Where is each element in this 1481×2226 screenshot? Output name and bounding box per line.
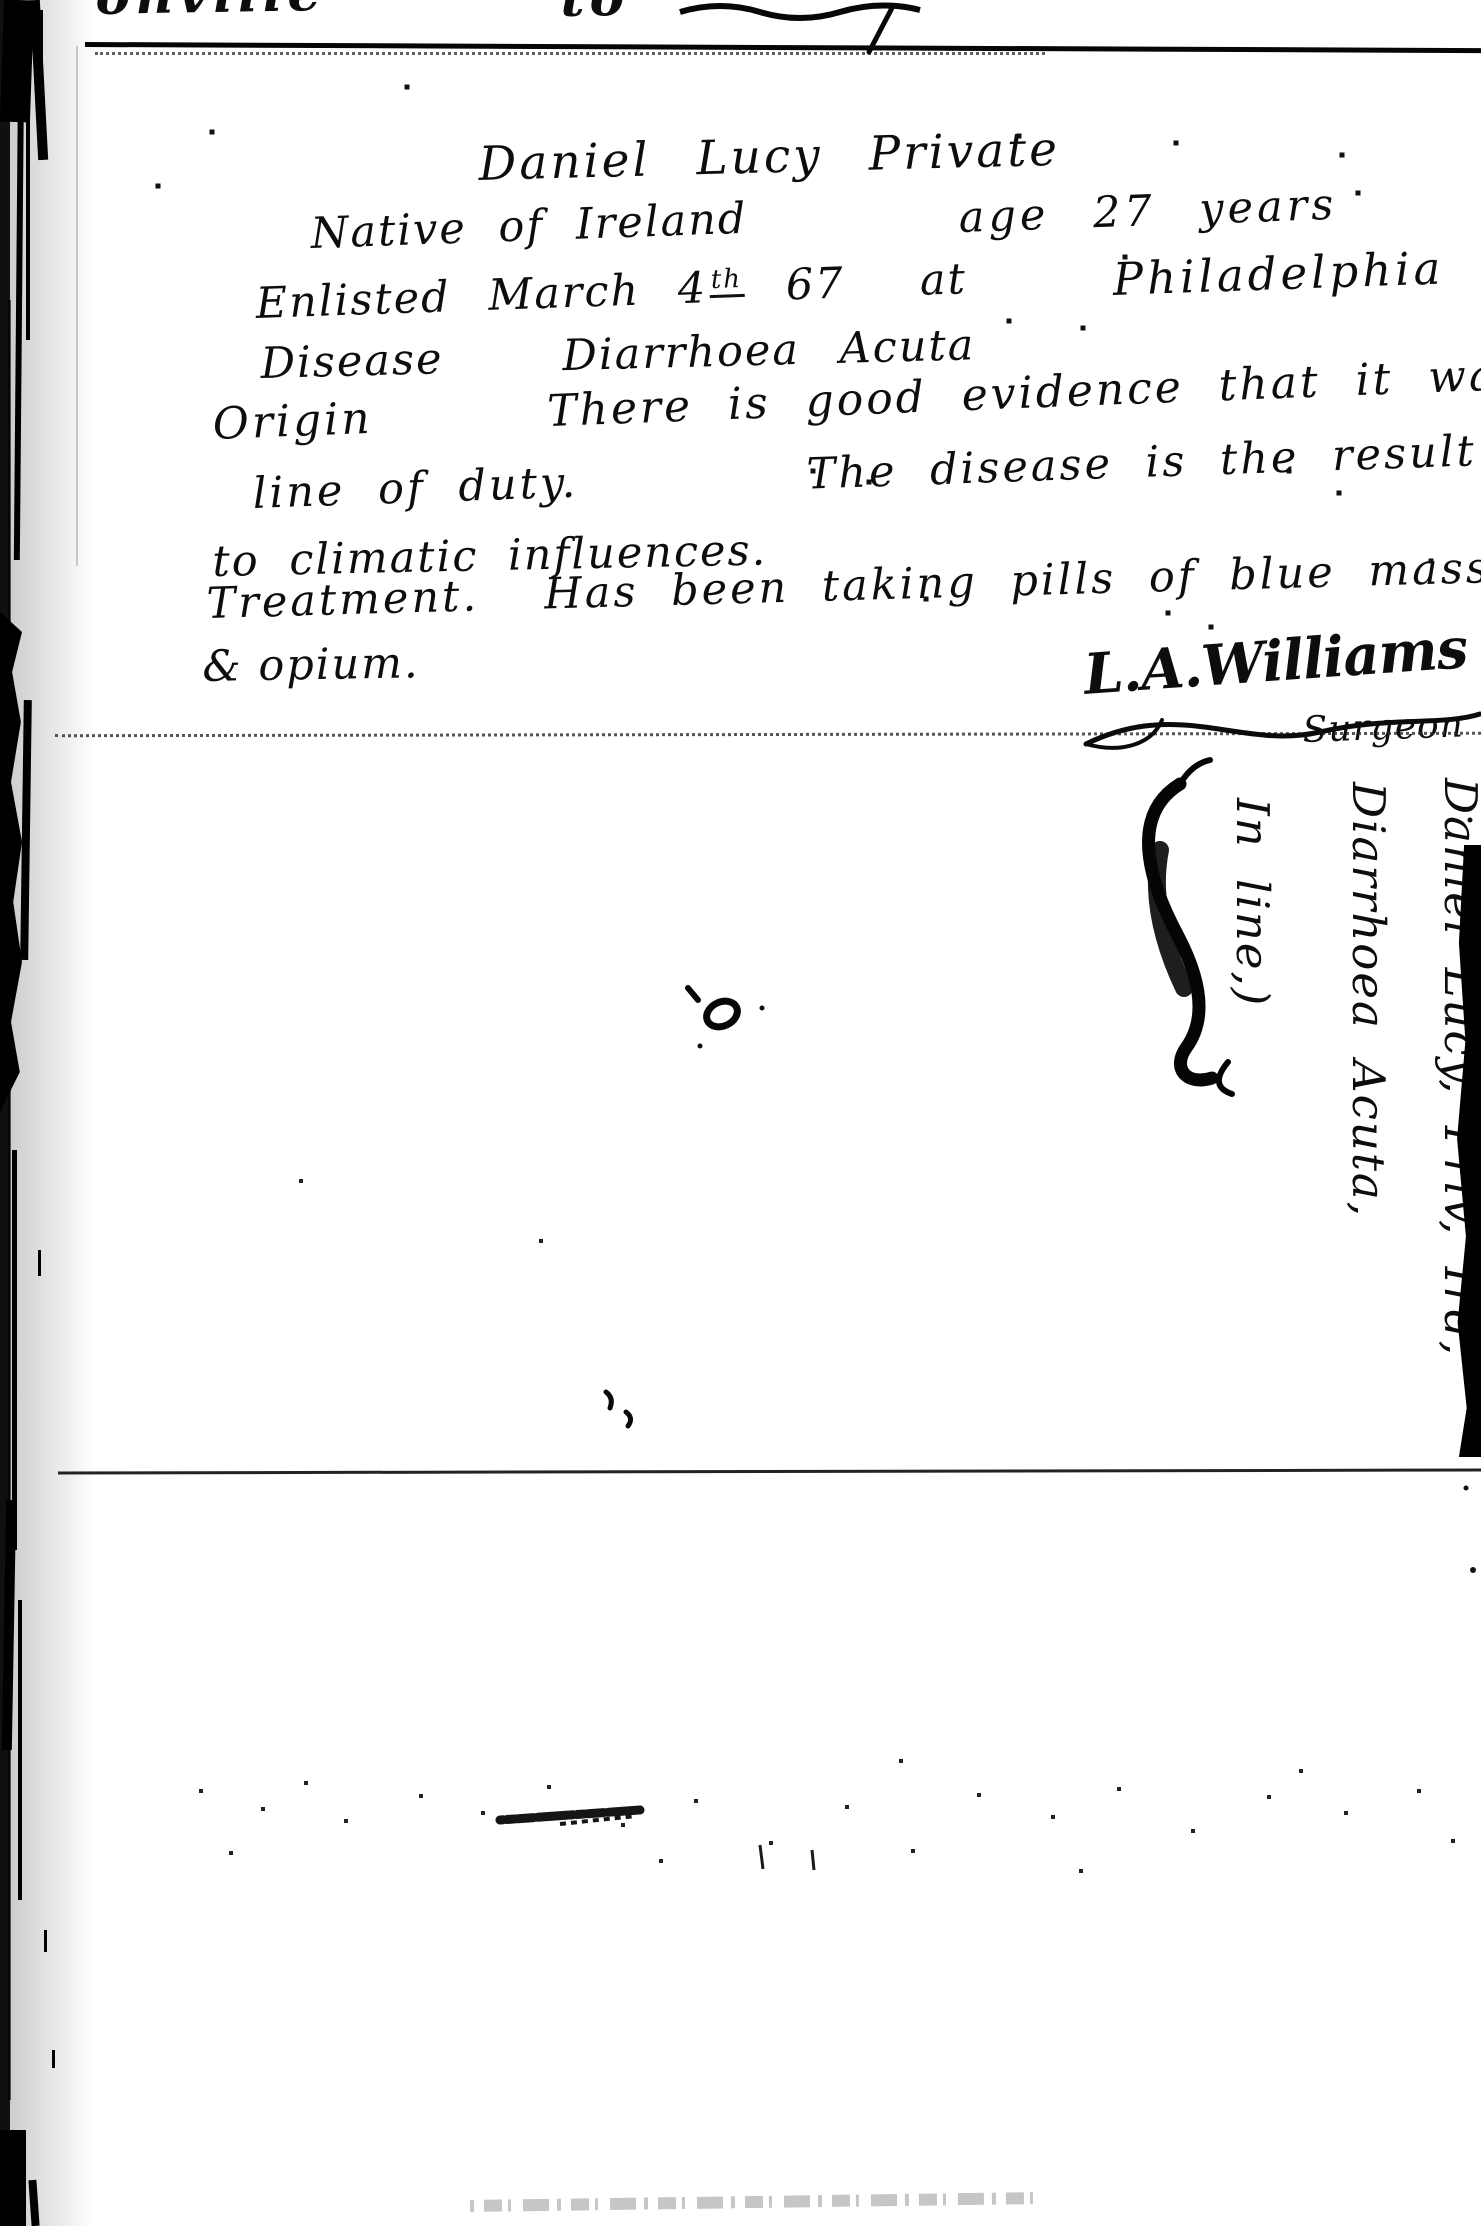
patient-name-line: Daniel Lucy Private <box>478 125 1061 190</box>
opium-line: & opium. <box>202 641 420 690</box>
enlistment-pre: Enlisted March 4 <box>255 263 708 329</box>
top-cutoff-fragment-1: onville <box>95 0 326 25</box>
scanned-record-page: onville to Daniel Lucy Private Native of… <box>0 0 1481 2226</box>
docket-bracket-swash <box>1149 784 1212 1080</box>
smudge-dash <box>500 1810 640 1820</box>
bottom-fleck-1 <box>760 1845 763 1869</box>
docket-bracket-curl <box>1219 1062 1232 1094</box>
nativity-line: Native of Ireland <box>310 197 748 257</box>
age-text: age 27 years <box>958 183 1338 241</box>
surgeon-title: Surgeon <box>1302 706 1464 749</box>
middle-dotted-rule <box>55 732 1481 737</box>
bottom-fleck-2 <box>812 1850 814 1870</box>
docket-disease-column: Diarrhoea Acuta, <box>1345 782 1392 1218</box>
bottom-ghost-band <box>470 2198 1040 2206</box>
comma-specks <box>606 1392 631 1426</box>
bottom-flyspeck-field <box>0 0 2 2</box>
top-cutoff-fragment-2: to <box>560 0 630 27</box>
docket-bracket-swash-bold <box>1157 850 1184 988</box>
docket-bracket-hook <box>1180 760 1210 784</box>
smudge-dash-2 <box>560 1816 636 1824</box>
edge-speck-2 <box>1464 1486 1469 1491</box>
ordinal-superscript: th <box>708 264 744 298</box>
enlistment-place: Philadelphia <box>1112 244 1445 303</box>
page-crease-line <box>76 46 78 566</box>
docket-inline-column: In line,) <box>1229 798 1276 1007</box>
binding-shadow <box>0 0 95 2226</box>
enlistment-line: Enlisted March 4th 67 at <box>255 257 968 327</box>
ink-blot <box>688 988 765 1049</box>
edge-speck-3 <box>1470 1567 1476 1573</box>
lower-rule <box>58 1469 1481 1475</box>
enlistment-post: 67 at <box>747 254 967 312</box>
top-cutoff-squiggle <box>680 5 920 18</box>
top-edge-dotted-rule <box>95 52 1045 55</box>
surgeon-signature: L.A.Williams <box>1082 619 1469 704</box>
